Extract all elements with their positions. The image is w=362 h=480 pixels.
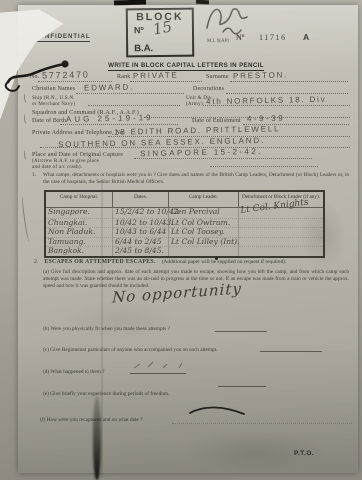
table-cell-block-leader: [239, 246, 323, 256]
surname-value: PRESTON.: [233, 70, 288, 80]
ship-label-line2: or Merchant Navy): [32, 102, 75, 107]
answer-line: [215, 331, 267, 332]
serial-no-value: 11716: [259, 33, 287, 42]
fill-line: [76, 93, 184, 94]
series-letter: A: [303, 32, 309, 42]
form-instruction-text: WRITE IN BLOCK CAPITAL LETTERS IN PENCIL: [108, 62, 264, 71]
question2-heading-row: 2. ESCAPES OR ATTEMPTED ESCAPES. (Additi…: [34, 259, 286, 267]
fill-line: [60, 124, 178, 125]
question1-number: 1.: [32, 172, 42, 179]
answer-line: [130, 373, 186, 374]
scan-edge-mark: [196, 0, 209, 4]
table-cell-leader: Lt Col Toosey.: [169, 227, 239, 237]
table-cell-block-leader: [239, 218, 323, 228]
christian-names-value: EDWARD.: [84, 82, 134, 92]
christian-names-label: Christian Names: [32, 86, 75, 92]
table-cell-dates: 6/44 to 2/45: [113, 237, 169, 247]
enlistment-label: Date of Enlistment: [192, 118, 241, 124]
question2e-text: (e) Give briefly your experience during …: [43, 391, 293, 398]
scanned-pow-form: CONFIDENTIAL BLOCK Nº 15 B.A. M.I. 9(AP)…: [0, 0, 362, 480]
fill-line: [38, 81, 112, 82]
crease-line: [101, 178, 103, 478]
capture-note-line2: and date of a/c crash).: [32, 165, 82, 170]
fill-line: [130, 81, 202, 82]
block-stamp-no-label: Nº: [134, 25, 144, 35]
table-cell-leader: Lt Col Lilley (Int).: [169, 237, 239, 247]
fill-line: [226, 93, 348, 94]
table-cell-dates: 10/42 to 10/43.: [113, 218, 169, 228]
serial-no-label: Nº: [236, 33, 244, 42]
table-cell-dates: 15/2/42 to 10/42: [113, 208, 169, 218]
form-instruction-heading: WRITE IN BLOCK CAPITAL LETTERS IN PENCIL: [60, 54, 312, 72]
question2-note: (Additional paper will be supplied on re…: [162, 259, 287, 267]
camps-table: Camp or Hospital. Dates. Camp Leader. De…: [44, 190, 325, 258]
table-cell-block-leader: [239, 227, 323, 237]
service-no-label: No.: [30, 74, 39, 80]
table-cell-leader: Lt Col Owtram.: [169, 218, 239, 228]
block-stamp: BLOCK Nº 15 B.A.: [126, 8, 195, 58]
table-cell-dates: 2/45 to 8/45.: [113, 246, 169, 256]
decorations-label: Decorations: [193, 86, 224, 92]
block-number-handwritten: 15: [151, 17, 173, 38]
answer-line: [218, 386, 266, 387]
fill-line: [210, 166, 318, 167]
table-cell-block-leader: [239, 237, 323, 247]
fill-line: [230, 81, 348, 82]
service-no-value: 5772470: [42, 70, 90, 81]
question2-number: 2.: [34, 259, 38, 267]
pto-note: P.T.O.: [294, 450, 314, 457]
fill-line: [134, 158, 312, 159]
form-reference: M.I. 9(AP): [207, 39, 229, 44]
block-stamp-ba: B.A.: [134, 43, 153, 54]
answer-line: [172, 423, 352, 424]
table-cell-leader: Gen Percival: [169, 208, 239, 218]
table-cell-leader: [169, 246, 239, 256]
fill-line: [203, 105, 350, 106]
unit-label-line2: (Army): [186, 102, 203, 107]
question1-text: What camps, detachments or hospitals wer…: [43, 172, 349, 186]
scan-streak: [93, 396, 101, 480]
enlistment-value: 4-9-39: [247, 114, 285, 124]
surname-label: Surname: [206, 74, 229, 80]
rank-label: Rank: [117, 74, 130, 80]
column-header-dates: Dates.: [113, 192, 169, 208]
column-header-leader: Camp Leader.: [169, 192, 239, 208]
dob-value: AUG 25-19-19: [66, 113, 154, 124]
rank-value: PRIVATE: [133, 71, 179, 81]
table-cell-dates: 10/43 to 6/44: [113, 227, 169, 237]
answer-line: [260, 351, 322, 352]
fill-line: [88, 105, 180, 106]
